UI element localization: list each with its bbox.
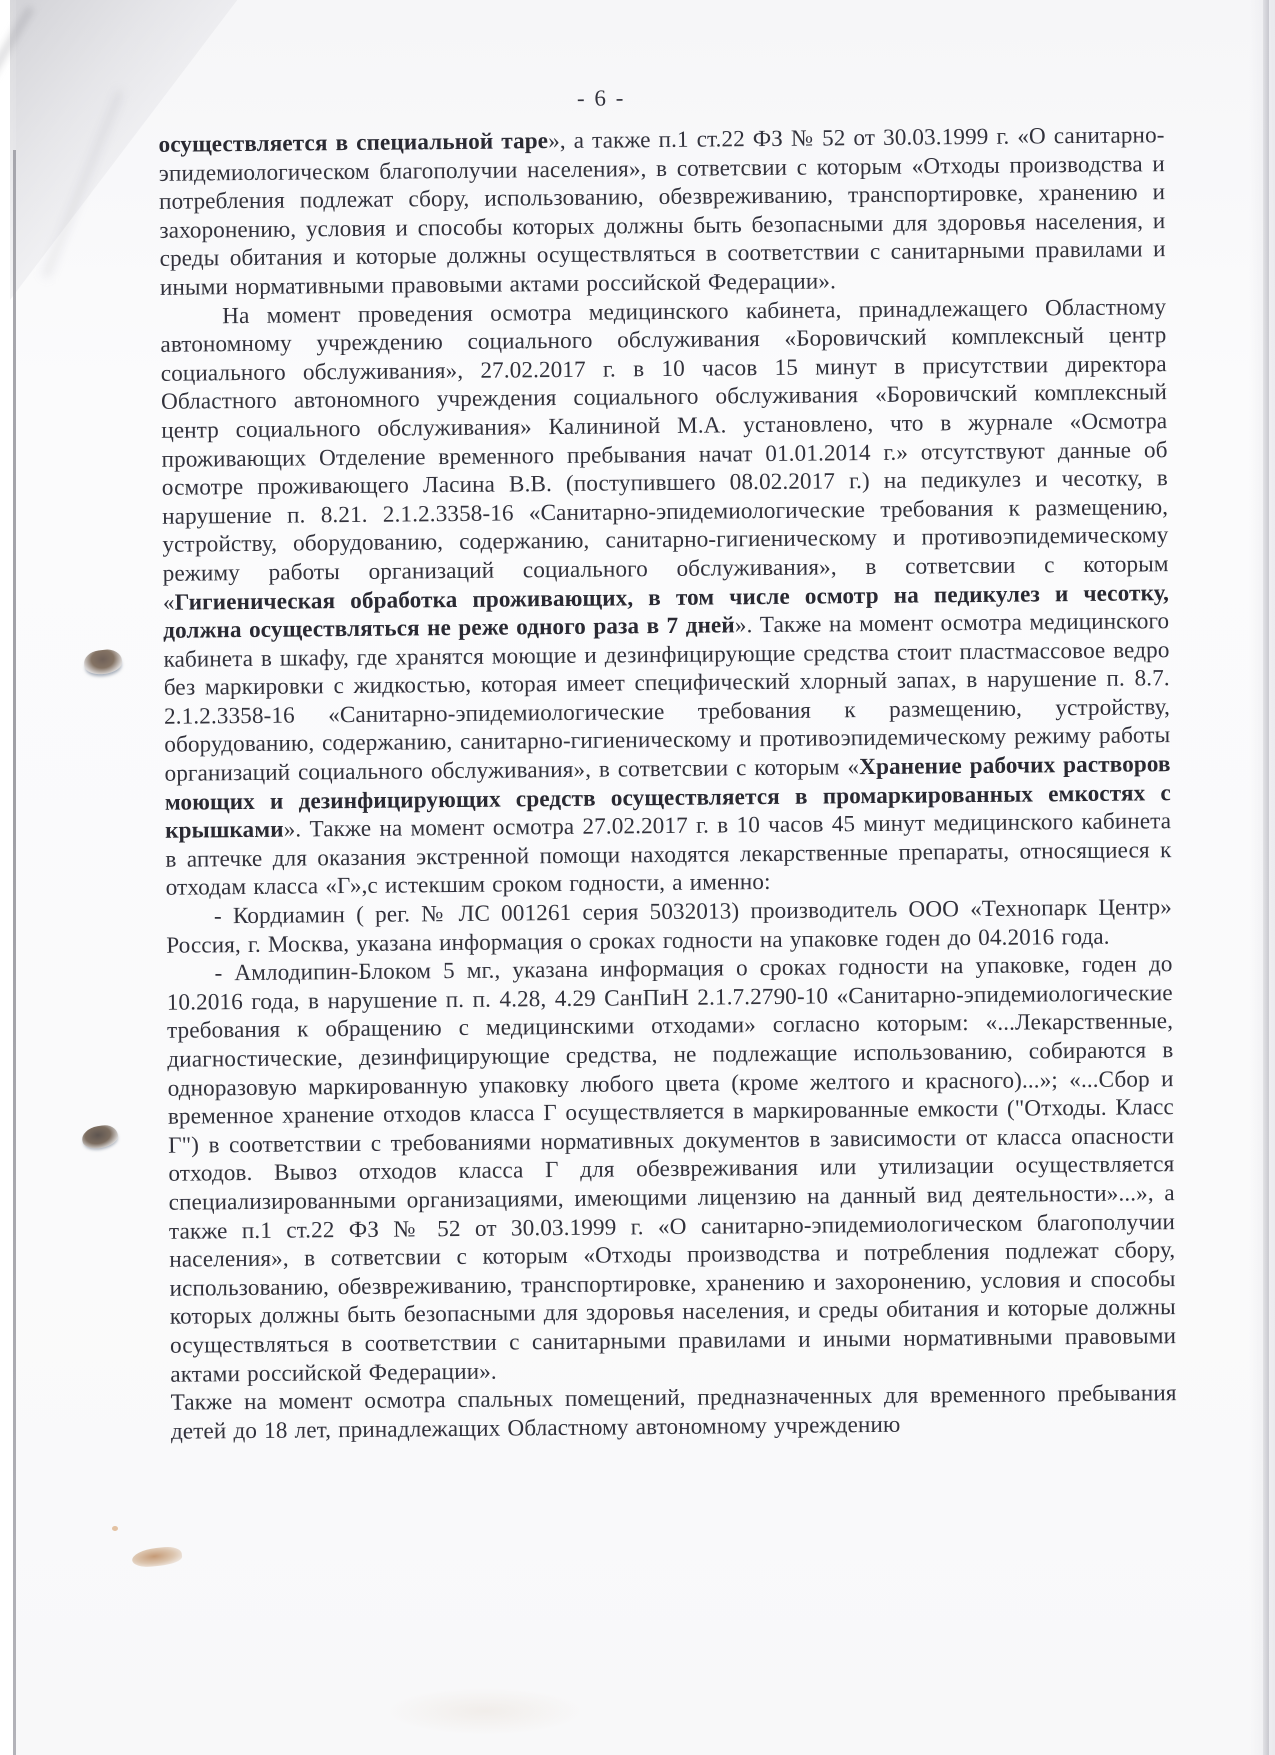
text-segment: - Кордиамин ( рег. № ЛС 001261 серия 503… (166, 894, 1172, 958)
page-right-edge-line (1263, 0, 1269, 1755)
page-content: - 6 - осуществляется в специальной таре»… (158, 79, 1177, 1446)
text-segment: - Амлодипин-Блоком 5 мг., указана информ… (167, 951, 1176, 1387)
paragraph-4-list-item: - Амлодипин-Блоком 5 мг., указана информ… (166, 950, 1176, 1389)
paragraph-3-list-item: - Кордиамин ( рег. № ЛС 001261 серия 503… (166, 893, 1173, 960)
scanned-document-page: - 6 - осуществляется в специальной таре»… (0, 0, 1275, 1755)
text-segment: ». Также на момент осмотра 27.02.2017 г.… (165, 808, 1171, 901)
paragraph-1: осуществляется в специальной таре», а та… (158, 121, 1166, 302)
text-segment: На момент проведения осмотра медицинског… (160, 294, 1168, 616)
text-segment: Также на момент осмотра спальных помещен… (171, 1380, 1177, 1444)
bold-text-segment: осуществляется в специальной таре (158, 128, 548, 158)
paragraph-2: На момент проведения осмотра медицинског… (160, 293, 1172, 903)
paragraph-5: Также на момент осмотра спальных помещен… (171, 1379, 1178, 1446)
page-left-edge-line (13, 150, 16, 1755)
page-right-edge-shade (1249, 0, 1275, 1755)
